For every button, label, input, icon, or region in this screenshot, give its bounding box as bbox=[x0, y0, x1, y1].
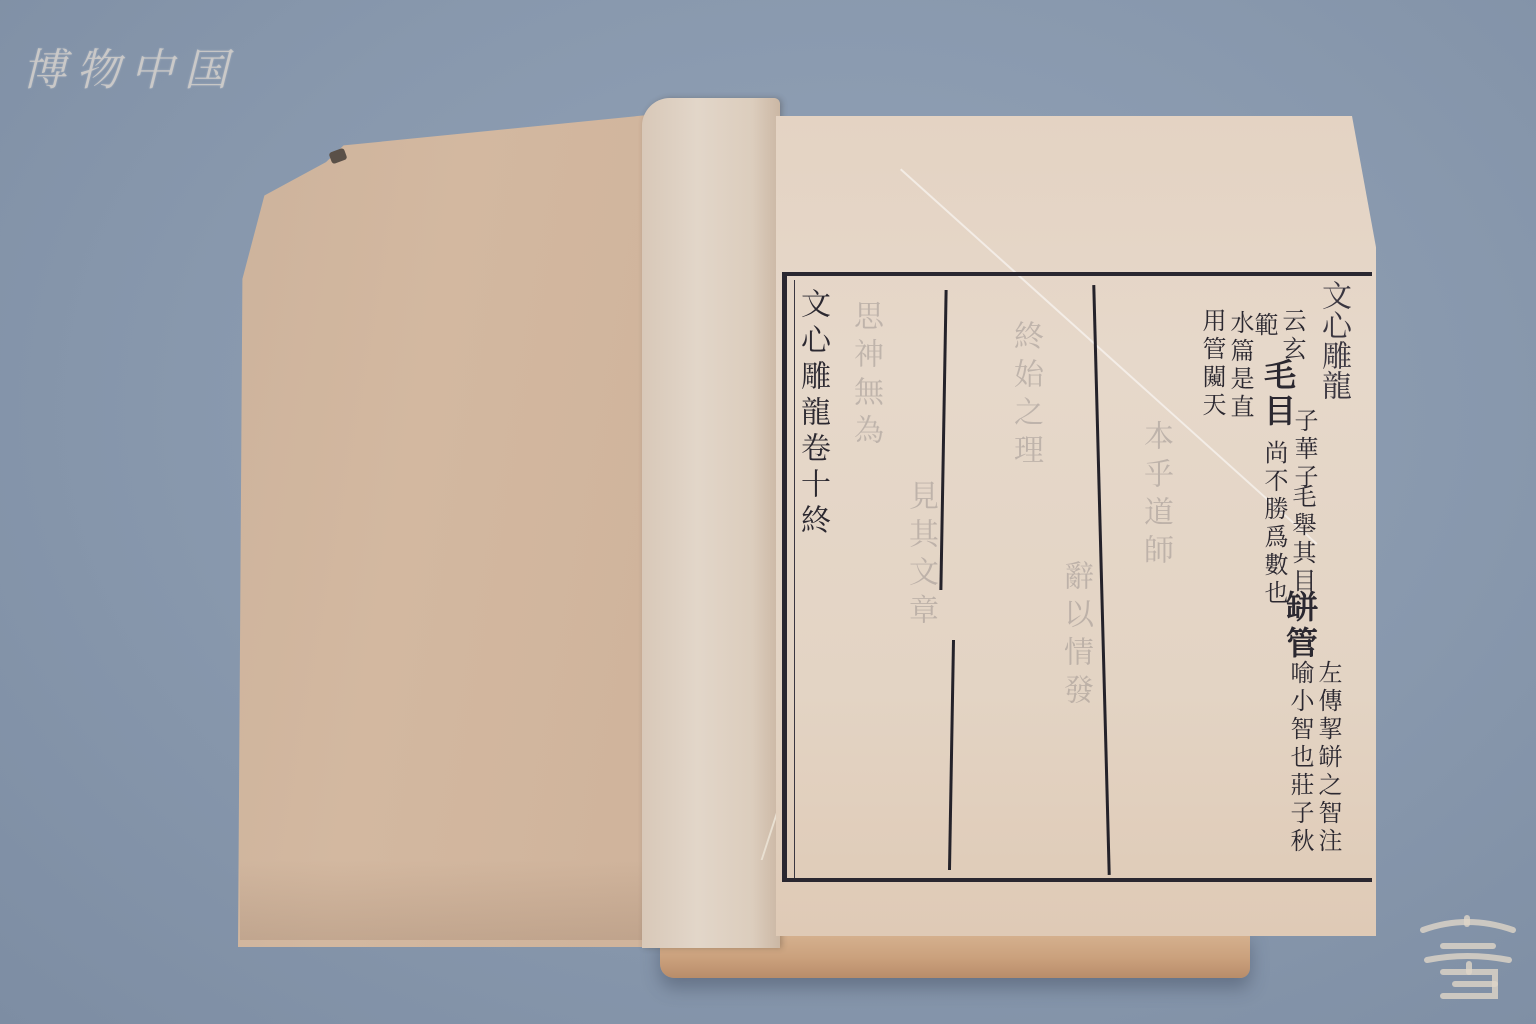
note-yuxiaozhi: 喻小智也莊子秋 bbox=[1288, 660, 1312, 856]
note-zihuazi: 子華子 bbox=[1292, 408, 1316, 492]
book-cover-flap bbox=[238, 112, 678, 947]
note-shangbusheng: 尚不勝爲數也 bbox=[1262, 440, 1286, 608]
bleed-text-4: 辭以情發 bbox=[1060, 560, 1090, 712]
bleed-text-1: 思神無為 bbox=[850, 300, 880, 452]
term-pingguan: 缾管 bbox=[1284, 590, 1316, 662]
annotation-col-3: 水篇是直 bbox=[1228, 310, 1252, 422]
bleed-text-2: 見其文章 bbox=[905, 480, 935, 632]
bleed-text-5: 本乎道師 bbox=[1140, 420, 1170, 572]
book-spine-fold bbox=[642, 98, 780, 948]
annotation-col-2: 範 bbox=[1252, 312, 1276, 340]
volume-end-title: 文心雕龍卷十終 bbox=[797, 288, 827, 540]
cover-shadow bbox=[240, 860, 670, 940]
annotation-col-4: 用管闚天 bbox=[1200, 308, 1224, 420]
edge-title: 文心雕龍 bbox=[1318, 280, 1348, 400]
watermark-text: 博物中国 bbox=[22, 34, 238, 98]
photo-scene: 博物中国 思神無為 見其文章 終始之理 辭以情發 本乎道師 文心雕龍卷十終 文心… bbox=[0, 0, 1536, 1024]
bleed-text-3: 終始之理 bbox=[1010, 320, 1040, 472]
annotation-col-1: 云玄 bbox=[1280, 308, 1304, 364]
note-maoju: 毛舉其目 bbox=[1290, 484, 1314, 596]
pagoda-logo-icon bbox=[1415, 912, 1520, 1007]
note-zuozhuan: 左傳挈缾之智注 bbox=[1316, 660, 1340, 856]
